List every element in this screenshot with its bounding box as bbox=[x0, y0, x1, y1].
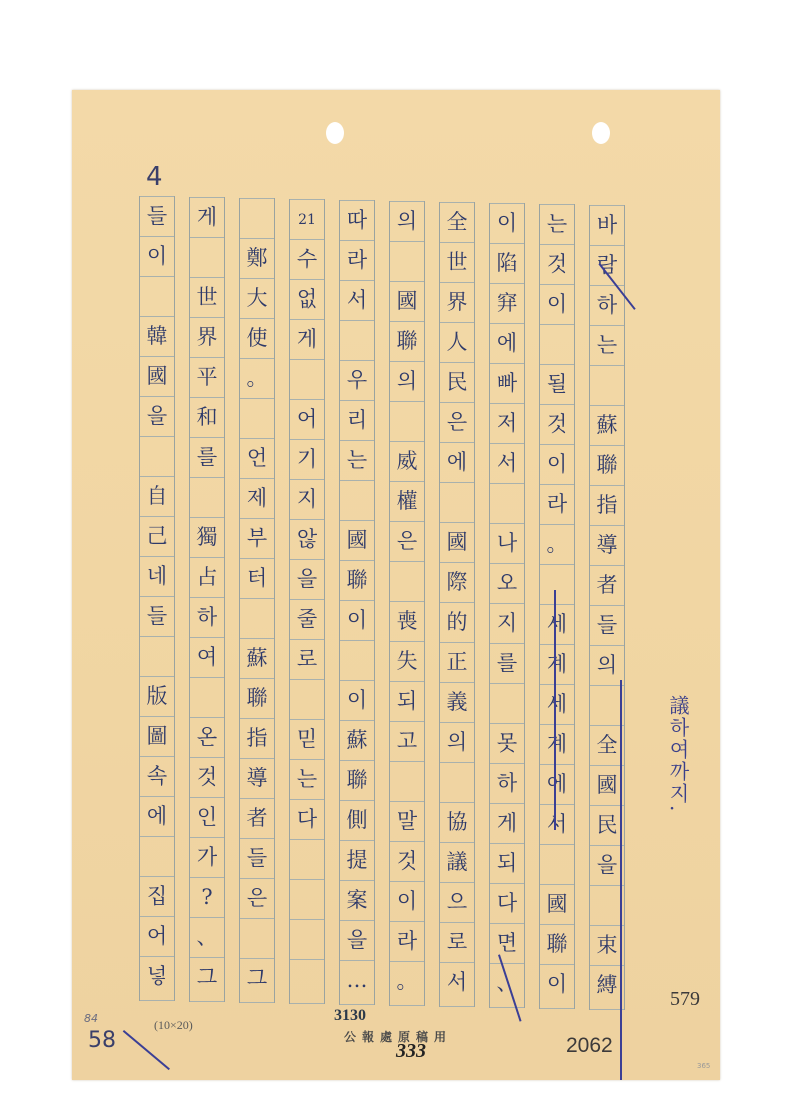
manuscript-cell: 속 bbox=[140, 756, 174, 796]
strike-line-col1-vertical bbox=[620, 680, 622, 1080]
manuscript-cell: 리 bbox=[340, 400, 374, 440]
manuscript-cell bbox=[540, 324, 574, 364]
manuscript-cell bbox=[340, 480, 374, 520]
manuscript-cell: 에 bbox=[490, 323, 524, 363]
manuscript-cell: 全 bbox=[590, 725, 624, 765]
column-bottom-line bbox=[540, 1008, 574, 1009]
manuscript-cell: 게 bbox=[490, 803, 524, 843]
manuscript-cell: 權 bbox=[390, 481, 424, 521]
manuscript-cell: 이 bbox=[490, 203, 524, 243]
manuscript-cell: 언 bbox=[240, 438, 274, 478]
manuscript-cell: 을 bbox=[590, 845, 624, 885]
manuscript-cell: 世 bbox=[190, 277, 224, 317]
manuscript-cell bbox=[290, 359, 324, 399]
manuscript-cell: 것 bbox=[390, 841, 424, 881]
manuscript-cell: 세 bbox=[540, 604, 574, 644]
manuscript-cell bbox=[290, 919, 324, 959]
manuscript-sheet: 4 바람하는蘇聯指導者들의全國民을束縛는것이될것이라。세계세계에서國聯이이陷穽에… bbox=[72, 90, 720, 1080]
manuscript-cell: 은 bbox=[440, 402, 474, 442]
manuscript-cell: 들 bbox=[590, 605, 624, 645]
manuscript-cell: 계 bbox=[540, 644, 574, 684]
manuscript-cell: 우 bbox=[340, 360, 374, 400]
manuscript-cell: 。 bbox=[540, 524, 574, 564]
manuscript-cell bbox=[240, 598, 274, 638]
manuscript-cell: 聯 bbox=[390, 321, 424, 361]
manuscript-cell: 提 bbox=[340, 840, 374, 880]
manuscript-cell: 는 bbox=[540, 204, 574, 244]
manuscript-cell: 그 bbox=[190, 957, 224, 997]
manuscript-cell: 。 bbox=[240, 358, 274, 398]
manuscript-cell: 導 bbox=[240, 758, 274, 798]
column-bottom-line bbox=[140, 1000, 174, 1001]
pencil-note-bottom-left: 84 bbox=[84, 1012, 98, 1025]
manuscript-cell bbox=[290, 879, 324, 919]
manuscript-cell: 서 bbox=[540, 804, 574, 844]
column-bottom-line bbox=[190, 1001, 224, 1002]
manuscript-cell: 的 bbox=[440, 602, 474, 642]
punch-hole-left bbox=[326, 122, 344, 144]
manuscript-cell: 에 bbox=[440, 442, 474, 482]
manuscript-column-5: 의國聯의威權은喪失되고말것이라。 bbox=[389, 201, 425, 1006]
manuscript-cell: 義 bbox=[440, 682, 474, 722]
page-marker-top: 4 bbox=[146, 162, 163, 192]
manuscript-cell bbox=[190, 477, 224, 517]
manuscript-cell: 占 bbox=[190, 557, 224, 597]
manuscript-cell: 喪 bbox=[390, 601, 424, 641]
manuscript-cell: 大 bbox=[240, 278, 274, 318]
manuscript-cell: 라 bbox=[390, 921, 424, 961]
manuscript-cell: 이 bbox=[540, 444, 574, 484]
manuscript-cell: 國 bbox=[540, 884, 574, 924]
manuscript-cell: 는 bbox=[340, 440, 374, 480]
manuscript-cell: 聯 bbox=[590, 445, 624, 485]
manuscript-cell: 람 bbox=[590, 245, 624, 285]
manuscript-cell: 指 bbox=[590, 485, 624, 525]
manuscript-cell: 蘇 bbox=[590, 405, 624, 445]
manuscript-cell bbox=[590, 885, 624, 925]
manuscript-cell: 믿 bbox=[290, 719, 324, 759]
manuscript-cell: 고 bbox=[390, 721, 424, 761]
manuscript-cell: 온 bbox=[190, 717, 224, 757]
manuscript-cell: 蘇 bbox=[240, 638, 274, 678]
manuscript-cell: 에 bbox=[540, 764, 574, 804]
manuscript-cell: 를 bbox=[490, 643, 524, 683]
manuscript-cell: 縛 bbox=[590, 965, 624, 1005]
manuscript-cell: 은 bbox=[240, 878, 274, 918]
manuscript-cell: 을 bbox=[340, 920, 374, 960]
manuscript-cell: 案 bbox=[340, 880, 374, 920]
manuscript-column-3: 이陷穽에빠저서나오지를못하게되다면、 bbox=[489, 203, 525, 1008]
stamped-number-bottom: 2062 bbox=[566, 1034, 613, 1058]
manuscript-cell: 오 bbox=[490, 563, 524, 603]
manuscript-cell: 聯 bbox=[540, 924, 574, 964]
manuscript-cell: 束 bbox=[590, 925, 624, 965]
bottom-center-stamp: 3130 bbox=[334, 1007, 366, 1025]
corner-mark: 365 bbox=[697, 1062, 710, 1070]
manuscript-cell bbox=[590, 365, 624, 405]
manuscript-cell: 自 bbox=[140, 476, 174, 516]
manuscript-cell: 들 bbox=[140, 196, 174, 236]
manuscript-cell: 의 bbox=[440, 722, 474, 762]
manuscript-cell: 으 bbox=[440, 882, 474, 922]
manuscript-cell: 蘇 bbox=[340, 720, 374, 760]
manuscript-cell: 세 bbox=[540, 684, 574, 724]
manuscript-cell: 。 bbox=[390, 961, 424, 1001]
manuscript-cell: 21 bbox=[290, 199, 324, 239]
manuscript-cell: 어 bbox=[290, 399, 324, 439]
manuscript-cell bbox=[240, 198, 274, 238]
manuscript-cell: 라 bbox=[540, 484, 574, 524]
manuscript-cell: 이 bbox=[140, 236, 174, 276]
manuscript-cell: 側 bbox=[340, 800, 374, 840]
manuscript-column-4: 全世界人民은에國際的正義의協議으로서 bbox=[439, 202, 475, 1007]
manuscript-cell: 를 bbox=[190, 437, 224, 477]
manuscript-cell bbox=[540, 844, 574, 884]
manuscript-cell: 의 bbox=[390, 201, 424, 241]
manuscript-cell: 바 bbox=[590, 205, 624, 245]
manuscript-cell: 되 bbox=[390, 681, 424, 721]
manuscript-cell bbox=[390, 241, 424, 281]
manuscript-cell: 韓 bbox=[140, 316, 174, 356]
manuscript-cell bbox=[240, 398, 274, 438]
handwritten-number-bottom-left: 58 bbox=[88, 1028, 116, 1053]
manuscript-cell: 導 bbox=[590, 525, 624, 565]
manuscript-cell: 國 bbox=[590, 765, 624, 805]
manuscript-cell: 界 bbox=[190, 317, 224, 357]
manuscript-cell: 그 bbox=[240, 958, 274, 998]
manuscript-cell: 、 bbox=[190, 917, 224, 957]
manuscript-cell: 은 bbox=[390, 521, 424, 561]
manuscript-cell: 것 bbox=[540, 244, 574, 284]
manuscript-column-10: 들이韓國을自己네들版圖속에집어넣 bbox=[139, 196, 175, 1001]
punch-hole-right bbox=[592, 122, 610, 144]
manuscript-cell bbox=[290, 679, 324, 719]
manuscript-cell: 못 bbox=[490, 723, 524, 763]
column-bottom-line bbox=[440, 1006, 474, 1007]
manuscript-cell: 부 bbox=[240, 518, 274, 558]
column-bottom-line bbox=[290, 1003, 324, 1004]
manuscript-cell: 들 bbox=[140, 596, 174, 636]
manuscript-cell bbox=[190, 677, 224, 717]
manuscript-cell: 穽 bbox=[490, 283, 524, 323]
manuscript-cell bbox=[290, 839, 324, 879]
column-bottom-line bbox=[590, 1009, 624, 1010]
manuscript-cell: 陷 bbox=[490, 243, 524, 283]
manuscript-cell: 다 bbox=[490, 883, 524, 923]
manuscript-cell: 平 bbox=[190, 357, 224, 397]
manuscript-cell: 말 bbox=[390, 801, 424, 841]
manuscript-cell bbox=[590, 685, 624, 725]
manuscript-cell: 계 bbox=[540, 724, 574, 764]
manuscript-cell: 지 bbox=[290, 479, 324, 519]
manuscript-cell: 議 bbox=[440, 842, 474, 882]
manuscript-cell bbox=[390, 761, 424, 801]
manuscript-cell: 世 bbox=[440, 242, 474, 282]
manuscript-cell: 鄭 bbox=[240, 238, 274, 278]
manuscript-cell: 서 bbox=[340, 280, 374, 320]
manuscript-cell: 全 bbox=[440, 202, 474, 242]
column-bottom-line bbox=[490, 1007, 524, 1008]
manuscript-cell bbox=[490, 683, 524, 723]
manuscript-cell: 지 bbox=[490, 603, 524, 643]
grid-size-label: (10×20) bbox=[154, 1018, 193, 1033]
manuscript-cell: 國 bbox=[140, 356, 174, 396]
manuscript-column-8: 鄭大使。언제부터蘇聯指導者들은그 bbox=[239, 198, 275, 1003]
manuscript-cell: 될 bbox=[540, 364, 574, 404]
manuscript-cell bbox=[440, 482, 474, 522]
column-bottom-line bbox=[390, 1005, 424, 1006]
manuscript-cell: 正 bbox=[440, 642, 474, 682]
manuscript-cell: 의 bbox=[390, 361, 424, 401]
manuscript-cell bbox=[390, 561, 424, 601]
manuscript-cell: 民 bbox=[440, 362, 474, 402]
manuscript-cell bbox=[490, 483, 524, 523]
strike-line-col2-vertical bbox=[554, 590, 556, 830]
manuscript-cell: 人 bbox=[440, 322, 474, 362]
manuscript-cell: 제 bbox=[240, 478, 274, 518]
bottom-handwritten-number: 333 bbox=[396, 1040, 426, 1063]
manuscript-cell bbox=[140, 436, 174, 476]
manuscript-cell: 聯 bbox=[340, 760, 374, 800]
manuscript-cell: 이 bbox=[540, 284, 574, 324]
manuscript-column-2: 는것이될것이라。세계세계에서國聯이 bbox=[539, 204, 575, 1009]
manuscript-cell: 기 bbox=[290, 439, 324, 479]
manuscript-cell bbox=[440, 762, 474, 802]
manuscript-cell: 인 bbox=[190, 797, 224, 837]
manuscript-cell: 國 bbox=[390, 281, 424, 321]
column-bottom-line bbox=[240, 1002, 274, 1003]
manuscript-cell: 는 bbox=[590, 325, 624, 365]
manuscript-cell: 界 bbox=[440, 282, 474, 322]
manuscript-cell: 指 bbox=[240, 718, 274, 758]
manuscript-cell bbox=[240, 918, 274, 958]
manuscript-cell: 失 bbox=[390, 641, 424, 681]
manuscript-cell: 되 bbox=[490, 843, 524, 883]
manuscript-cell bbox=[290, 959, 324, 999]
manuscript-cell: 들 bbox=[240, 838, 274, 878]
manuscript-cell: 者 bbox=[590, 565, 624, 605]
manuscript-cell: 가 bbox=[190, 837, 224, 877]
manuscript-cell: 집 bbox=[140, 876, 174, 916]
manuscript-cell: 者 bbox=[240, 798, 274, 838]
manuscript-cell bbox=[340, 320, 374, 360]
manuscript-cell bbox=[340, 640, 374, 680]
manuscript-cell: 을 bbox=[290, 559, 324, 599]
manuscript-cell: 協 bbox=[440, 802, 474, 842]
manuscript-cell: 이 bbox=[340, 600, 374, 640]
manuscript-cell: 聯 bbox=[340, 560, 374, 600]
manuscript-column-6: 따라서우리는國聯이이蘇聯側提案을… bbox=[339, 200, 375, 1005]
column-bottom-line bbox=[340, 1004, 374, 1005]
manuscript-cell: 이 bbox=[390, 881, 424, 921]
manuscript-cell: 로 bbox=[440, 922, 474, 962]
margin-note-right: 議하여까지. bbox=[664, 695, 693, 915]
manuscript-cell bbox=[140, 836, 174, 876]
manuscript-cell: 威 bbox=[390, 441, 424, 481]
manuscript-cell: 民 bbox=[590, 805, 624, 845]
manuscript-cell: 다 bbox=[290, 799, 324, 839]
manuscript-cell: 使 bbox=[240, 318, 274, 358]
manuscript-cell: 이 bbox=[540, 964, 574, 1004]
manuscript-cell: 로 bbox=[290, 639, 324, 679]
manuscript-cell: 터 bbox=[240, 558, 274, 598]
manuscript-cell: 없 bbox=[290, 279, 324, 319]
manuscript-cell: 줄 bbox=[290, 599, 324, 639]
manuscript-cell: 빠 bbox=[490, 363, 524, 403]
strike-line-col10-bottom bbox=[123, 1030, 170, 1070]
manuscript-cell: 版 bbox=[140, 676, 174, 716]
manuscript-cell bbox=[390, 401, 424, 441]
manuscript-cell: ? bbox=[190, 877, 224, 917]
manuscript-cell: 際 bbox=[440, 562, 474, 602]
manuscript-cell: 나 bbox=[490, 523, 524, 563]
manuscript-column-7: 21수없게어기지않을줄로믿는다 bbox=[289, 199, 325, 1004]
stamped-number-right: 579 bbox=[670, 988, 700, 1011]
manuscript-cell: 게 bbox=[290, 319, 324, 359]
manuscript-cell: 게 bbox=[190, 197, 224, 237]
manuscript-cell: 저 bbox=[490, 403, 524, 443]
manuscript-cell: 獨 bbox=[190, 517, 224, 557]
manuscript-cell: 따 bbox=[340, 200, 374, 240]
manuscript-cell bbox=[140, 636, 174, 676]
manuscript-cell: 수 bbox=[290, 239, 324, 279]
manuscript-cell: 의 bbox=[590, 645, 624, 685]
manuscript-cell: 에 bbox=[140, 796, 174, 836]
manuscript-cell bbox=[190, 237, 224, 277]
manuscript-cell: 聯 bbox=[240, 678, 274, 718]
manuscript-column-9: 게世界平和를獨占하여온것인가?、그 bbox=[189, 197, 225, 1002]
manuscript-cell: 넣 bbox=[140, 956, 174, 996]
manuscript-cell: 하 bbox=[490, 763, 524, 803]
manuscript-cell: 라 bbox=[340, 240, 374, 280]
manuscript-cell: 己 bbox=[140, 516, 174, 556]
manuscript-cell: 國 bbox=[340, 520, 374, 560]
manuscript-cell: 이 bbox=[340, 680, 374, 720]
manuscript-cell: 하 bbox=[190, 597, 224, 637]
manuscript-cell: 면 bbox=[490, 923, 524, 963]
manuscript-cell: 和 bbox=[190, 397, 224, 437]
manuscript-cell: 네 bbox=[140, 556, 174, 596]
manuscript-cell: 는 bbox=[290, 759, 324, 799]
manuscript-cell: 圖 bbox=[140, 716, 174, 756]
manuscript-cell: 것 bbox=[190, 757, 224, 797]
manuscript-cell: 여 bbox=[190, 637, 224, 677]
manuscript-cell: 어 bbox=[140, 916, 174, 956]
manuscript-cell: 國 bbox=[440, 522, 474, 562]
manuscript-cell: 것 bbox=[540, 404, 574, 444]
manuscript-cell bbox=[140, 276, 174, 316]
manuscript-cell: 을 bbox=[140, 396, 174, 436]
manuscript-cell: … bbox=[340, 960, 374, 1000]
manuscript-cell bbox=[540, 564, 574, 604]
manuscript-cell: 서 bbox=[440, 962, 474, 1002]
manuscript-cell: 서 bbox=[490, 443, 524, 483]
manuscript-cell: 않 bbox=[290, 519, 324, 559]
